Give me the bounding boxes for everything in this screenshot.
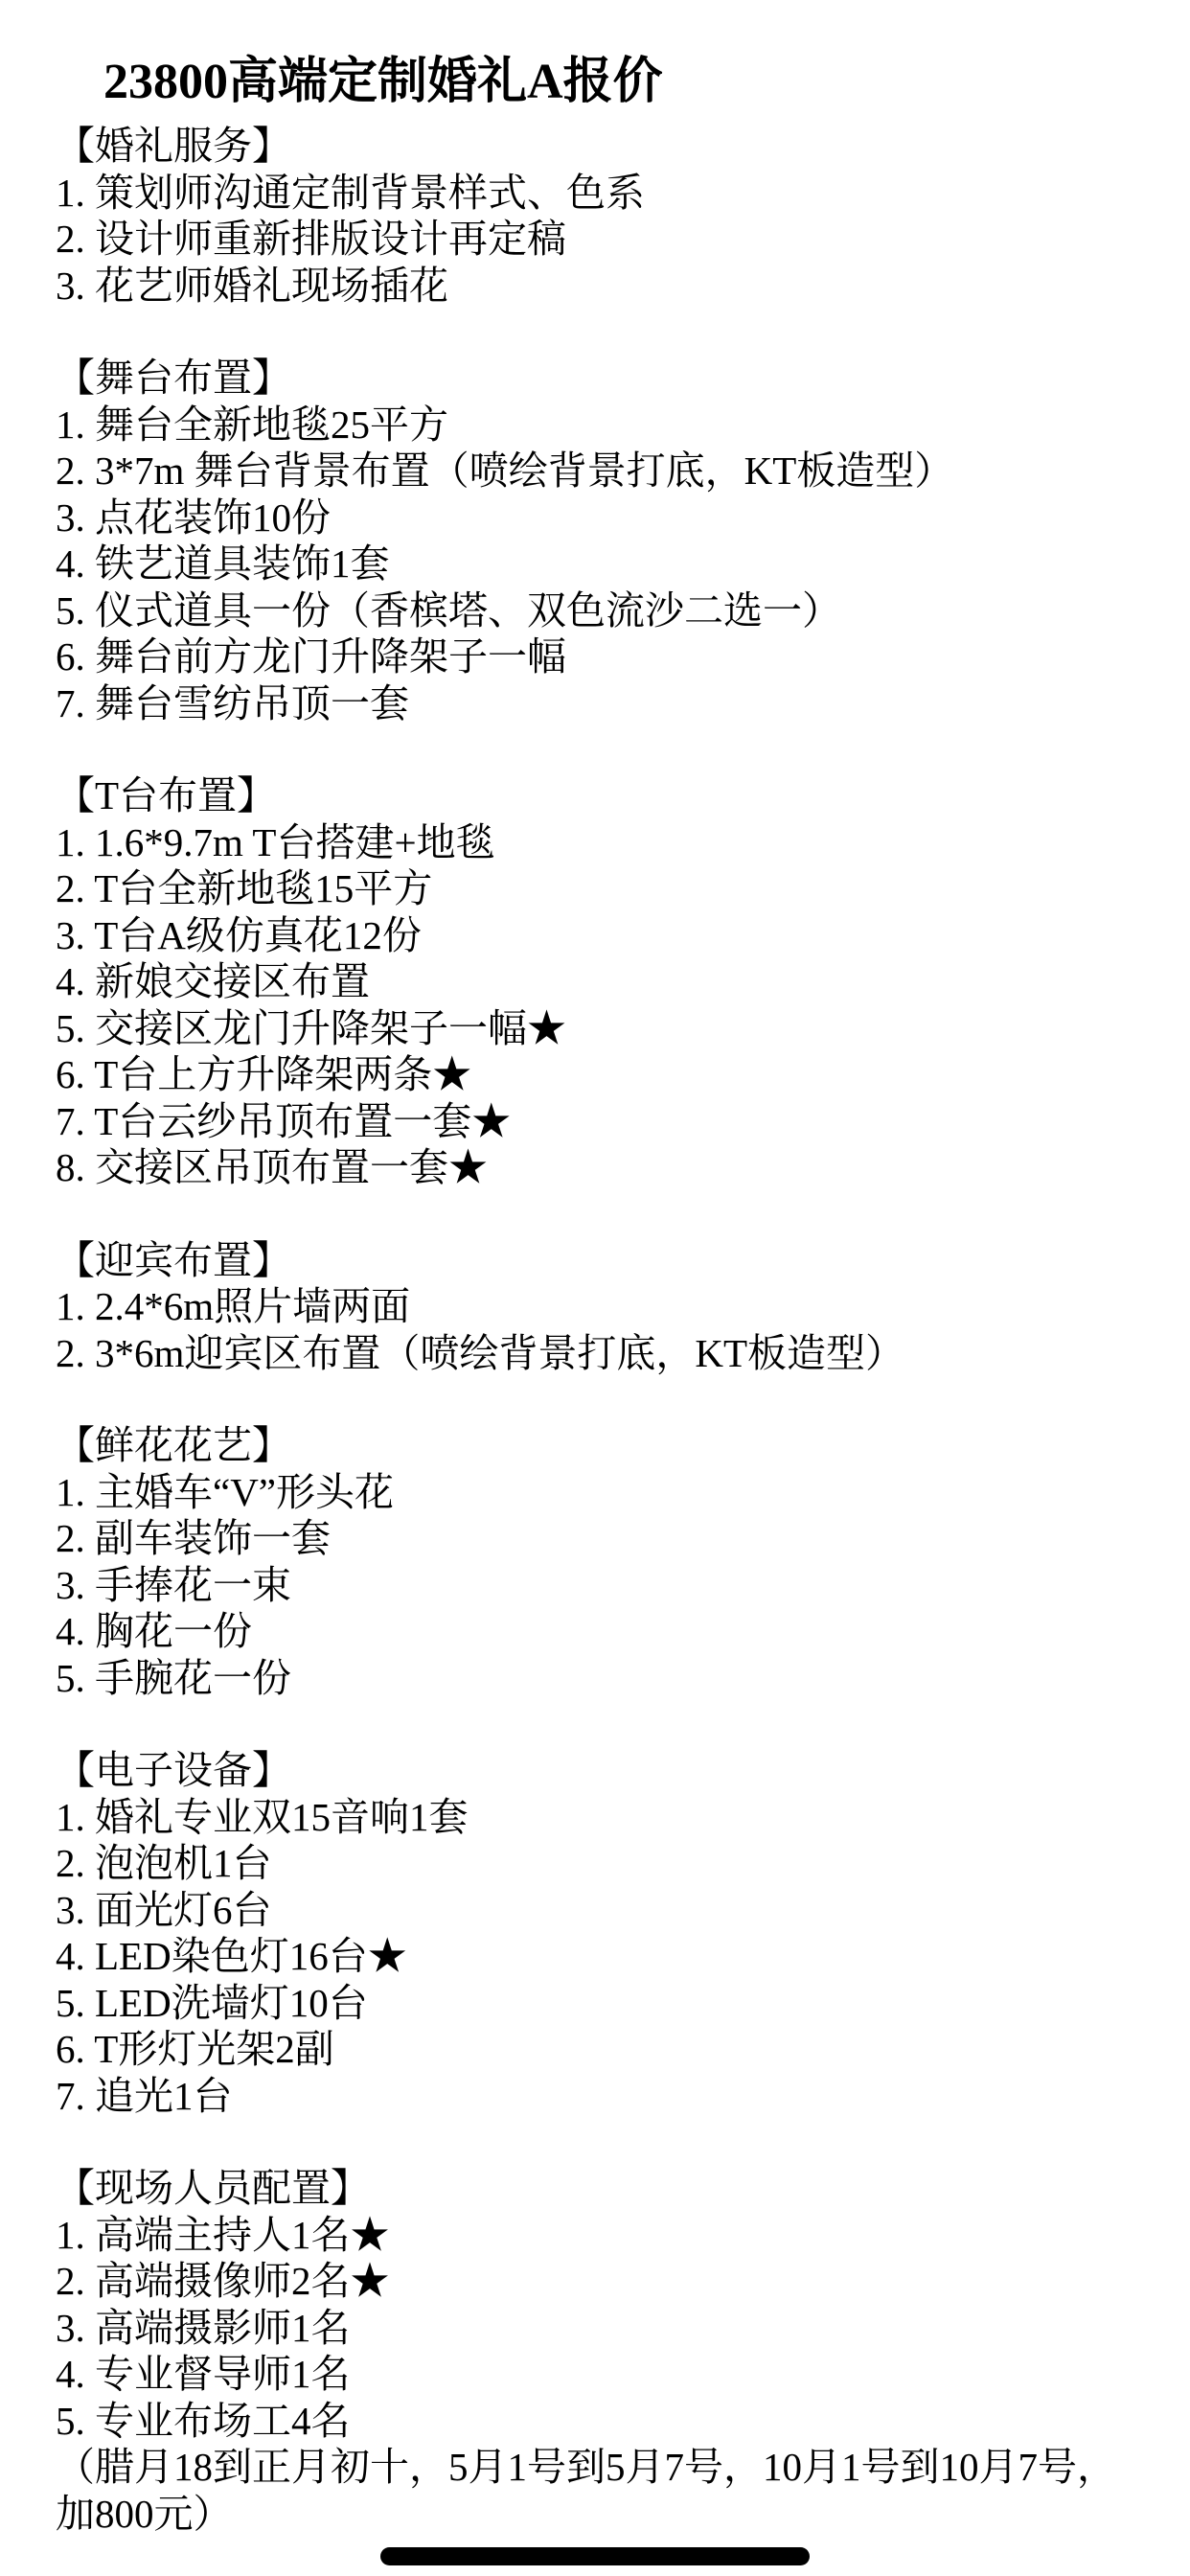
list-item: 3. 花艺师婚礼现场插花 [56,263,1161,310]
list-item: 5. 仪式道具一份（香槟塔、双色流沙二选一） [56,587,1161,634]
list-item: 1. 婚礼专业双15音响1套 [56,1794,1161,1841]
list-item: 1. 高端主持人1名★ [56,2212,1161,2259]
list-item: 3. 点花装饰10份 [56,494,1161,541]
list-item: 7. 追光1台 [56,2073,1161,2120]
list-item: 3. 面光灯6台 [56,1887,1161,1934]
list-item: 2. 高端摄像师2名★ [56,2258,1161,2305]
list-item: 4. 铁艺道具装饰1套 [56,540,1161,587]
section-electronic-equipment: 【电子设备】1. 婚礼专业双15音响1套2. 泡泡机1台3. 面光灯6台4. L… [56,1747,1161,2119]
home-indicator-bar[interactable] [380,2547,810,2565]
list-item: 5. 交接区龙门升降架子一幅★ [56,1005,1161,1052]
list-item: 6. T形灯光架2副 [56,2026,1161,2073]
list-item: 1. 2.4*6m照片墙两面 [56,1283,1161,1330]
list-item: 4. 新娘交接区布置 [56,958,1161,1005]
section-onsite-staff: 【现场人员配置】1. 高端主持人1名★2. 高端摄像师2名★3. 高端摄影师1名… [56,2165,1161,2537]
list-item: 1. 舞台全新地毯25平方 [56,402,1161,448]
section-header-welcome-area: 【迎宾布置】 [56,1237,1161,1284]
section-header-wedding-services: 【婚礼服务】 [56,123,1161,170]
list-item: 4. LED染色灯16台★ [56,1933,1161,1980]
page-title: 23800高端定制婚礼A报价 [56,52,1161,113]
section-fresh-flowers: 【鲜花花艺】1. 主婚车“V”形头花2. 副车装饰一套3. 手捧花一束4. 胸花… [56,1422,1161,1701]
list-item: 3. 高端摄影师1名 [56,2305,1161,2352]
list-item: 2. 泡泡机1台 [56,1840,1161,1887]
list-item: 4. 专业督导师1名 [56,2351,1161,2398]
note-line: 加800元） [56,2491,1161,2538]
section-wedding-services: 【婚礼服务】1. 策划师沟通定制背景样式、色系2. 设计师重新排版设计再定稿3.… [56,123,1161,309]
list-item: 1. 策划师沟通定制背景样式、色系 [56,170,1161,217]
list-item: 6. T台上方升降架两条★ [56,1051,1161,1098]
list-item: 4. 胸花一份 [56,1608,1161,1655]
list-item: 7. T台云纱吊顶布置一套★ [56,1098,1161,1145]
list-item: 5. LED洗墙灯10台 [56,1980,1161,2027]
list-item: 5. 专业布场工4名 [56,2398,1161,2445]
section-t-stage-setup: 【T台布置】1. 1.6*9.7m T台搭建+地毯2. T台全新地毯15平方3.… [56,772,1161,1191]
section-stage-setup: 【舞台布置】1. 舞台全新地毯25平方2. 3*7m 舞台背景布置（喷绘背景打底… [56,355,1161,726]
list-item: 2. T台全新地毯15平方 [56,865,1161,912]
section-welcome-area: 【迎宾布置】1. 2.4*6m照片墙两面2. 3*6m迎宾区布置（喷绘背景打底，… [56,1237,1161,1377]
list-item: 7. 舞台雪纺吊顶一套 [56,680,1161,727]
sections: 【婚礼服务】1. 策划师沟通定制背景样式、色系2. 设计师重新排版设计再定稿3.… [56,123,1161,2537]
section-header-t-stage-setup: 【T台布置】 [56,772,1161,819]
list-item: 1. 1.6*9.7m T台搭建+地毯 [56,819,1161,866]
list-item: 5. 手腕花一份 [56,1655,1161,1702]
section-header-stage-setup: 【舞台布置】 [56,355,1161,402]
list-item: 1. 主婚车“V”形头花 [56,1469,1161,1516]
list-item: 6. 舞台前方龙门升降架子一幅 [56,633,1161,680]
list-item: 2. 副车装饰一套 [56,1515,1161,1562]
list-item: 3. 手捧花一束 [56,1562,1161,1609]
list-item: 8. 交接区吊顶布置一套★ [56,1144,1161,1191]
section-header-fresh-flowers: 【鲜花花艺】 [56,1422,1161,1469]
list-item: 2. 3*7m 舞台背景布置（喷绘背景打底，KT板造型） [56,448,1161,494]
section-header-onsite-staff: 【现场人员配置】 [56,2165,1161,2212]
section-header-electronic-equipment: 【电子设备】 [56,1747,1161,1794]
list-item: 3. T台A级仿真花12份 [56,912,1161,959]
list-item: 2. 设计师重新排版设计再定稿 [56,216,1161,263]
note-line: （腊月18到正月初十，5月1号到5月7号，10月1号到10月7号， [56,2444,1161,2491]
list-item: 2. 3*6m迎宾区布置（喷绘背景打底，KT板造型） [56,1330,1161,1377]
document-page: 23800高端定制婚礼A报价 【婚礼服务】1. 策划师沟通定制背景样式、色系2.… [0,0,1190,2537]
